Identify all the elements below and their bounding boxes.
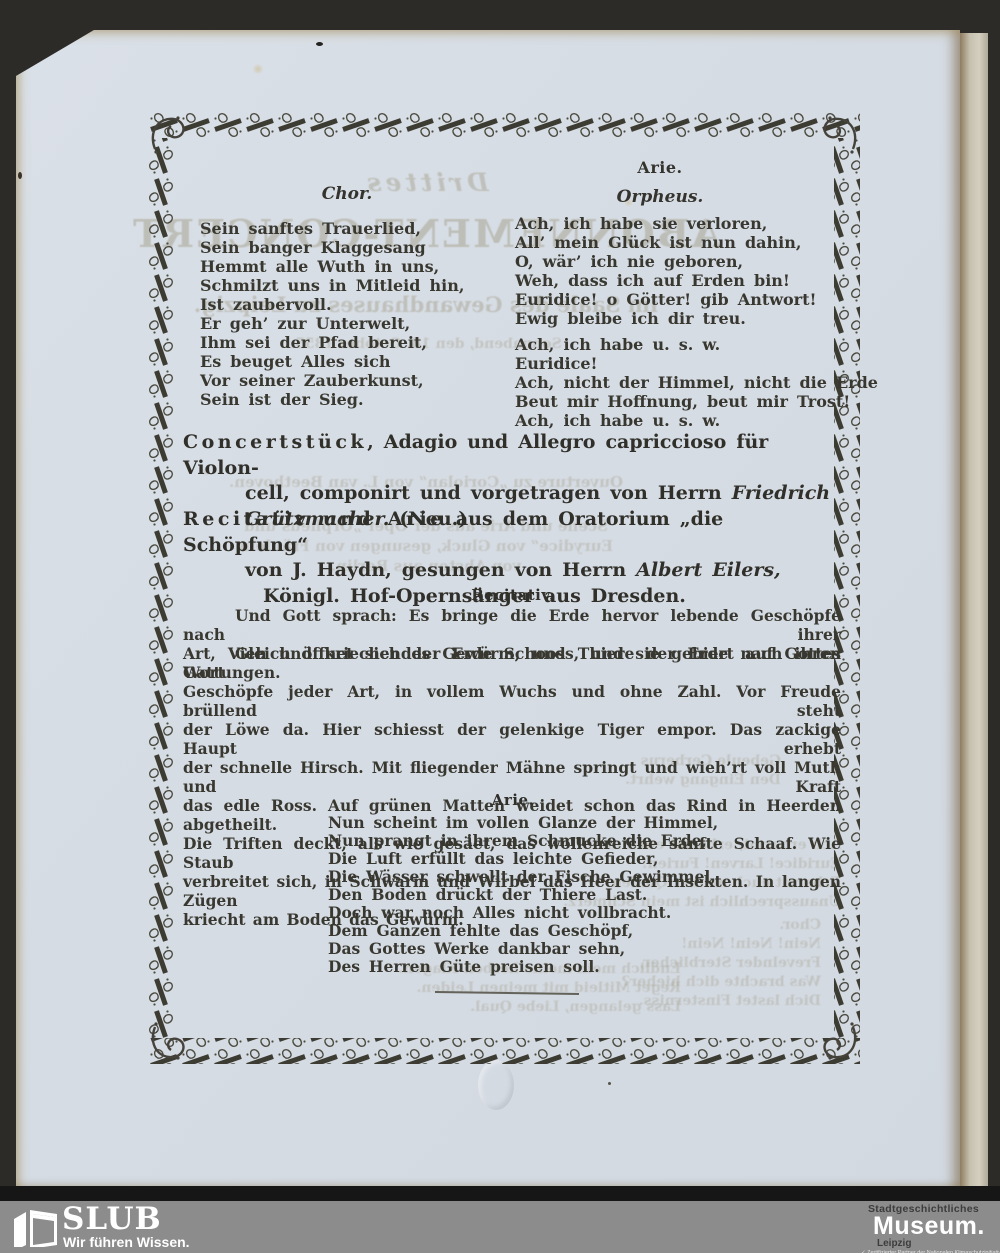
text-line: Dem Ganzen fehlte das Geschöpf, bbox=[328, 922, 718, 940]
text-line: Und Gott sprach: Es bringe die Erde herv… bbox=[183, 606, 841, 644]
text-line: Ach, ich habe u. s. w. bbox=[515, 411, 878, 430]
chor-poem: Sein sanftes Trauerlied,Sein banger Klag… bbox=[200, 219, 464, 409]
text-line: Beut mir Hoffnung, beut mir Trost! bbox=[515, 392, 878, 411]
slub-tagline: Wir führen Wissen. bbox=[63, 1234, 190, 1250]
item2-line1: Recitativ und Arie aus dem Oratorium „di… bbox=[183, 507, 843, 558]
recitativ-heading: Recitativ. bbox=[183, 586, 843, 604]
museum-logo: Stadtgeschichtliches Museum. Leipzig ✓ Z… bbox=[855, 1203, 997, 1253]
text-line: Ist zaubervoll. bbox=[200, 295, 464, 314]
orpheus-stanza-2: Ach, ich habe u. s. w.Euridice!Ach, nich… bbox=[515, 335, 878, 430]
text-line: Nun prangt in ihrem Schmucke die Erde, bbox=[328, 832, 718, 850]
border-bottom bbox=[148, 1038, 860, 1064]
paper-speck bbox=[18, 172, 22, 179]
item1-line2: cell, componirt und vorgetragen von Herr… bbox=[183, 481, 843, 507]
text-line: Sein banger Klaggesang bbox=[200, 238, 464, 257]
text-line: Ihm sei der Pfad bereit, bbox=[200, 333, 464, 352]
border-top bbox=[148, 112, 860, 138]
text-line: Weh, dass ich auf Erden bin! bbox=[515, 271, 817, 290]
chor-heading: Chor. bbox=[247, 184, 447, 204]
scanned-program-page: Drittes ABONNEMENT-CONCERT im Saale des … bbox=[16, 30, 960, 1186]
text-line: Des Herren Güte preisen soll. bbox=[328, 958, 718, 976]
orpheus-heading: Orpheus. bbox=[560, 187, 760, 207]
arie-heading: Arie. bbox=[183, 791, 843, 809]
footer-divider-strip bbox=[0, 1186, 1000, 1201]
text-line: Nun scheint im vollen Glanze der Himmel, bbox=[328, 814, 718, 832]
text-line: Schmilzt uns in Mitleid hin, bbox=[200, 276, 464, 295]
text-line: Das Gottes Werke dankbar sehn, bbox=[328, 940, 718, 958]
item1-line2-italic: Friedrich bbox=[732, 482, 830, 504]
border-left bbox=[148, 138, 174, 1038]
scan-viewport: Drittes ABONNEMENT-CONCERT im Saale des … bbox=[0, 0, 1000, 1253]
item2-line2-italic: Albert Eilers, bbox=[636, 559, 780, 581]
arie-top-heading: Arie. bbox=[560, 158, 760, 177]
text-line: Vor seiner Zauberkunst, bbox=[200, 371, 464, 390]
item2-line2-text: von J. Haydn, gesungen von Herrn bbox=[245, 559, 636, 581]
text-line: Die Luft erfüllt das leichte Gefieder, bbox=[328, 850, 718, 868]
text-line: Gleich öffnet sich der Erde Schooss, und… bbox=[183, 644, 841, 682]
item2-line1-spaced: Recitativ und Arie bbox=[183, 508, 446, 530]
slub-wordmark: SLUB bbox=[62, 1201, 162, 1237]
item2-line2: von J. Haydn, gesungen von Herrn Albert … bbox=[183, 558, 843, 584]
item1-line1: Concertstück, Adagio und Allegro capricc… bbox=[183, 430, 843, 481]
text-line: Ach, ich habe u. s. w. bbox=[515, 335, 878, 354]
text-line: All’ mein Glück ist nun dahin, bbox=[515, 233, 817, 252]
text-line: Euridice! o Götter! gib Antwort! bbox=[515, 290, 817, 309]
text-line: Geschöpfe jeder Art, in vollem Wuchs und… bbox=[183, 682, 841, 720]
footer-bar: SLUB Wir führen Wissen. Stadtgeschichtli… bbox=[0, 1201, 1000, 1253]
text-line: Ach, nicht der Himmel, nicht die Erde bbox=[515, 373, 878, 392]
orpheus-stanza-1: Ach, ich habe sie verloren,All’ mein Glü… bbox=[515, 214, 817, 328]
text-line: Ach, ich habe sie verloren, bbox=[515, 214, 817, 233]
embossed-library-stamp bbox=[478, 1060, 514, 1110]
paper-speck bbox=[608, 1082, 611, 1085]
text-line: Ewig bleibe ich dir treu. bbox=[515, 309, 817, 328]
foxing-spot bbox=[252, 64, 264, 74]
text-line: der Löwe da. Hier schiesst der gelenkige… bbox=[183, 720, 841, 758]
text-line: Doch war noch Alles nicht vollbracht. bbox=[328, 904, 718, 922]
text-line: Es beuget Alles sich bbox=[200, 352, 464, 371]
text-line: Sein sanftes Trauerlied, bbox=[200, 219, 464, 238]
slub-book-icon bbox=[13, 1207, 59, 1247]
text-line: Den Boden drückt der Thiere Last. bbox=[328, 886, 718, 904]
text-line: Sein ist der Sieg. bbox=[200, 390, 464, 409]
adjacent-page-edge bbox=[960, 33, 988, 1186]
text-line: O, wär’ ich nie geboren, bbox=[515, 252, 817, 271]
arie-poem: Nun scheint im vollen Glanze der Himmel,… bbox=[328, 814, 718, 976]
museum-wordmark: Museum. bbox=[873, 1215, 997, 1238]
text-line: Hemmt alle Wuth in uns, bbox=[200, 257, 464, 276]
item1-line1-spaced: Concertstück bbox=[183, 431, 367, 453]
item1-line2-text: cell, componirt und vorgetragen von Herr… bbox=[245, 482, 732, 504]
paper-speck bbox=[316, 42, 323, 46]
text-line: Er geh’ zur Unterwelt, bbox=[200, 314, 464, 333]
text-line: Euridice! bbox=[515, 354, 878, 373]
text-line: Die Wässer schwellt der Fische Gewimmel, bbox=[328, 868, 718, 886]
